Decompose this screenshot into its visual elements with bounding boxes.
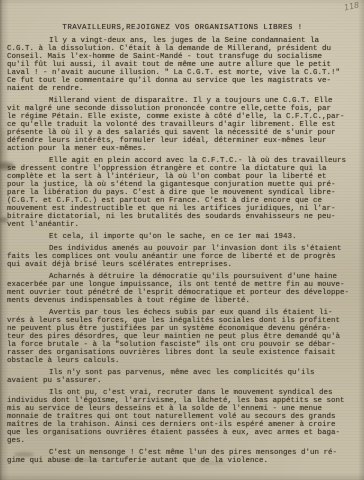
paragraph: Avertis par tous les échecs subis par eu… (7, 309, 358, 365)
scanned-page: 118 TRAVAILLEURS,REJOIGNEZ VOS ORGANISAT… (0, 0, 364, 480)
paragraph: Et cela, il importe qu'on le sache, en c… (7, 233, 358, 241)
paragraph: C'est un mensonge ! C'est même l'un des … (7, 449, 358, 465)
stain (0, 128, 6, 168)
paragraph: Ils n'y sont pas parvenus, même avec les… (7, 369, 358, 385)
document-title: TRAVAILLEURS,REJOIGNEZ VOS ORGANISATIONS… (7, 24, 358, 32)
pencil-page-number: 118 (343, 1, 360, 13)
typewritten-text: TRAVAILLEURS,REJOIGNEZ VOS ORGANISATIONS… (7, 24, 358, 469)
paragraph: Il y a vingt-deux ans, les juges de la S… (7, 37, 358, 93)
paragraph: Des individus amenés au pouvoir par l'in… (7, 245, 358, 269)
paragraph: Ils ont pu, c'est vrai, recruter dans le… (7, 389, 358, 445)
paragraph: Elle agit en plein accord avec la C.F.T.… (7, 157, 358, 229)
paragraph: Millerand vient de disparaître. Il y a t… (7, 97, 358, 153)
paragraph: Acharnés à détruire la démocratie qu'ils… (7, 273, 358, 305)
